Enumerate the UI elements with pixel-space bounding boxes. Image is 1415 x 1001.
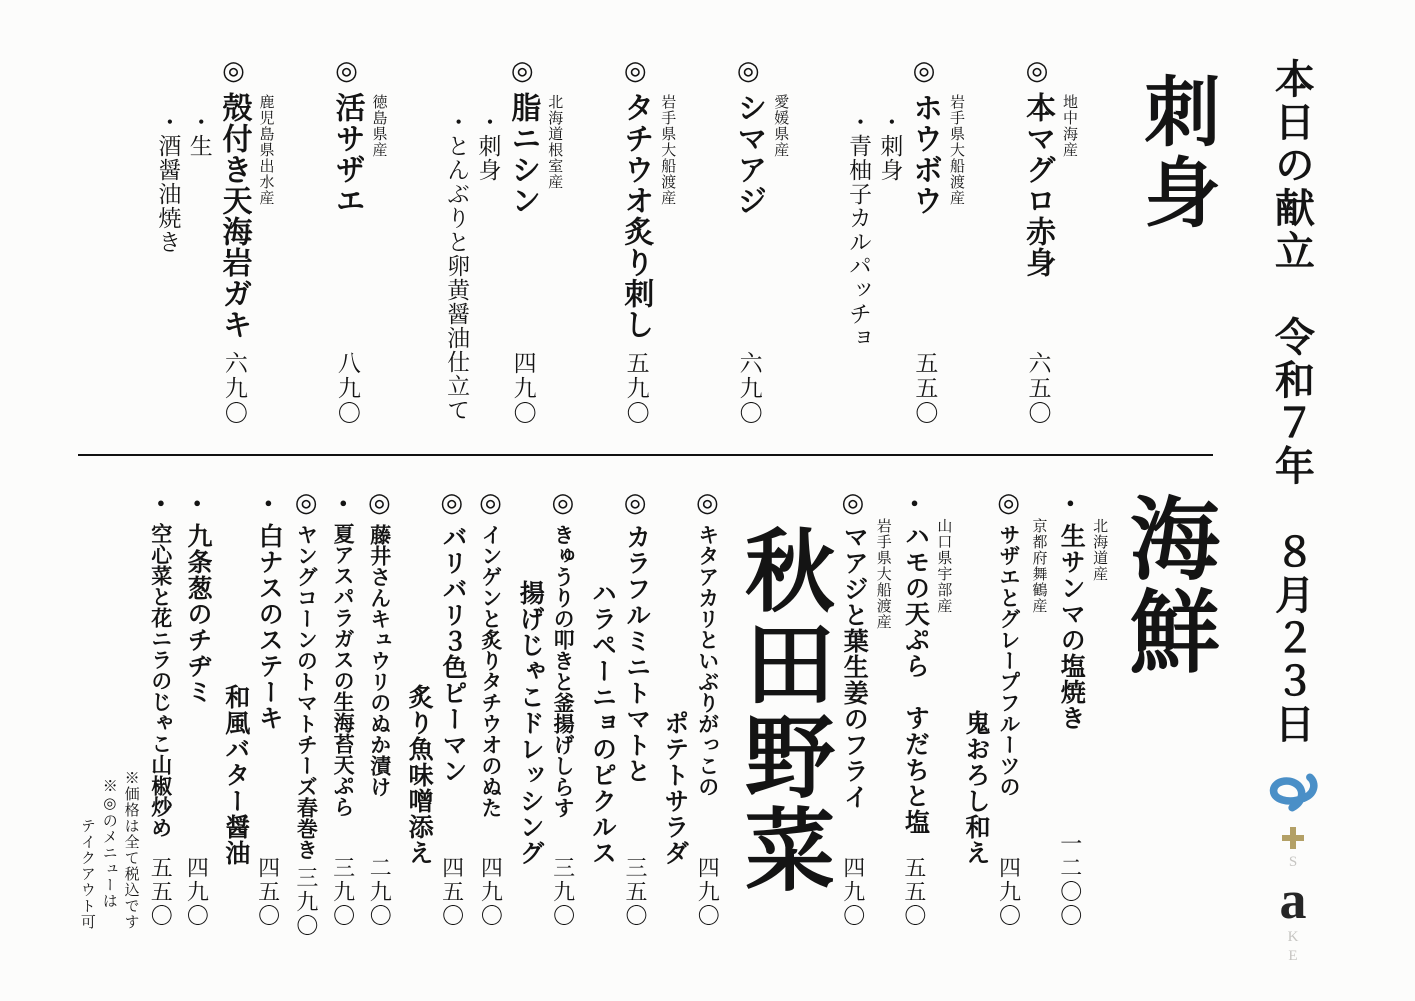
plus-icon	[1282, 827, 1304, 849]
takeout-marker-icon: ◎	[1023, 56, 1051, 86]
menu-item: 徳島県産◎活サザエ八九〇	[331, 56, 386, 428]
note-line: テイクアウト可	[78, 488, 94, 930]
item-price: 五九〇	[623, 351, 647, 428]
item-main: ◎シマアジ六九〇	[733, 56, 765, 428]
item-sub-option: ・刺身	[475, 56, 499, 428]
item-name: 白ナスのステーキ	[255, 523, 282, 731]
item-price: 四五〇	[440, 856, 463, 930]
item-name: カラフルミニトマトと	[622, 524, 649, 784]
item-price: 三九〇	[551, 856, 574, 930]
takeout-marker-icon: ◎	[220, 56, 248, 86]
item-name: 殻付き天海岩ガキ	[218, 92, 250, 340]
item-price: 三五〇	[624, 856, 647, 930]
item-name: バリバリ３色ピーマン	[439, 524, 466, 784]
item-sub-option: ・青柚子カルパッチョ	[846, 56, 870, 428]
item-origin: 北海道根室産	[545, 56, 561, 428]
takeout-marker-icon: ◎	[995, 488, 1023, 518]
item-main: ◎タチウオ炙り刺し五九〇	[620, 56, 652, 428]
item-origin: 地中海産	[1060, 56, 1076, 428]
item-main: ◎殻付き天海岩ガキ六九〇	[218, 56, 250, 428]
takeout-marker-icon: ◎	[622, 488, 650, 518]
item-price: 五五〇	[912, 351, 936, 428]
item-price: 四九〇	[841, 856, 864, 930]
item-price: 六九〇	[221, 351, 245, 428]
item-name: キタアカリといぶりがっこの	[696, 524, 718, 797]
takeout-marker-icon: ◎	[839, 488, 867, 518]
item-main: ◎きゅうりの叩きと釜揚げしらす三九〇	[549, 488, 577, 930]
menu-item: 北海道根室産◎脂ニシン四九〇・刺身・とんぶりと卵黄醤油仕立て	[444, 56, 561, 428]
item-sub-option: ・とんぶりと卵黄醤油仕立て	[444, 56, 468, 428]
menu-item: ●白ナスのステーキ四五〇和風バター醤油	[221, 488, 281, 930]
item-name-line2: 揚げじゃこドレッシング	[516, 488, 543, 930]
item-name: シマアジ	[733, 92, 765, 216]
item-name-line2: ポテトサラダ	[660, 488, 687, 930]
item-name: 脂ニシン	[507, 92, 539, 216]
takeout-marker-icon: ◎	[438, 488, 466, 518]
takeout-marker-icon: ◎	[366, 488, 394, 518]
menu-item: 岩手県大船渡産◎ホウボウ五五〇・刺身・青柚子カルパッチョ	[846, 56, 963, 428]
bullet-marker-icon: ●	[154, 488, 168, 523]
item-main: ◎マアジと葉生姜のフライ四九〇	[839, 488, 867, 930]
item-name: ヤングコーンのトマトチーズ春巻き	[295, 524, 317, 860]
item-name: ホウボウ	[908, 92, 940, 216]
item-price: 一二〇〇	[1058, 832, 1081, 930]
logo-letter: E	[1288, 949, 1297, 964]
item-name-line2: 鬼おろし和え	[962, 488, 989, 930]
item-name: きゅうりの叩きと釜揚げしらす	[552, 524, 574, 818]
menu-item: ◎バリバリ３色ピーマン四五〇炙り魚味噌添え	[405, 488, 466, 930]
item-price: 四九〇	[997, 856, 1020, 930]
item-origin: 鹿児島県出水産	[257, 56, 273, 428]
note-line: ※◎のメニューは	[100, 488, 116, 930]
menu-item: ◎カラフルミニトマトと三五〇ハラペーニョのピクルス	[588, 488, 649, 930]
menu-item: 鹿児島県出水産◎殻付き天海岩ガキ六九〇・生・酒醤油焼き	[155, 56, 272, 428]
item-name: 活サザエ	[331, 92, 363, 216]
item-price: 四九〇	[479, 856, 502, 930]
bullet-marker-icon: ●	[261, 488, 275, 523]
item-origin: 京都府舞鶴産	[1030, 488, 1046, 930]
item-price: 三九〇	[331, 856, 354, 930]
section-header: 刺身	[1134, 56, 1215, 428]
takeout-marker-icon: ◎	[333, 56, 361, 86]
logo-letter: a	[1280, 873, 1307, 927]
item-name: 夏アスパラガスの生海苔天ぷら	[332, 523, 354, 817]
takeout-marker-icon: ◎	[509, 56, 537, 86]
menu-item: ●夏アスパラガスの生海苔天ぷら三九〇	[331, 488, 354, 930]
item-origin: 岩手県大船渡産	[947, 56, 963, 428]
menu-item: 地中海産◎本マグロ赤身六五〇	[1021, 56, 1076, 428]
menu-notes: ※価格は全て税込です※◎のメニューはテイクアウト可	[78, 488, 138, 930]
menu-item: 愛媛県産◎シマアジ六九〇	[733, 56, 788, 428]
item-main: ◎カラフルミニトマトと三五〇	[622, 488, 650, 930]
item-name-line2: ハラペーニョのピクルス	[588, 488, 615, 930]
item-price: 八九〇	[334, 351, 358, 428]
takeout-marker-icon: ◎	[477, 488, 505, 518]
takeout-marker-icon: ◎	[735, 56, 763, 86]
item-main: ●九条葱のチヂミ四九〇	[183, 488, 210, 930]
note-line: ※価格は全て税込です	[122, 488, 138, 930]
item-origin: 愛媛県産	[771, 56, 787, 428]
item-main: ◎インゲンと炙りタチウオのぬた四九〇	[477, 488, 505, 930]
menu-item: ◎キタアカリといぶりがっこの四九〇ポテトサラダ	[660, 488, 721, 930]
menu-page: 本日の献立 令和７年 ８月２３日 刺身地中海産◎本マグロ赤身六五〇岩手県大船渡産…	[0, 0, 1415, 1001]
item-name-line2: 和風バター醤油	[221, 488, 248, 930]
sashimi-section: 刺身地中海産◎本マグロ赤身六五〇岩手県大船渡産◎ホウボウ五五〇・刺身・青柚子カル…	[155, 56, 1215, 428]
item-main: ◎ヤングコーンのトマトチーズ春巻き三九〇	[292, 488, 320, 930]
takeout-marker-icon: ◎	[549, 488, 577, 518]
blue-swirl-icon	[1266, 770, 1320, 820]
item-name: ハモの天ぷら すだちと塩	[901, 523, 928, 835]
item-price: 三九〇	[295, 866, 318, 940]
bullet-marker-icon: ●	[907, 488, 921, 523]
item-price: 四五〇	[256, 856, 279, 930]
item-main: ◎活サザエ八九〇	[331, 56, 363, 428]
item-name: インゲンと炙りタチウオのぬた	[480, 524, 502, 818]
menu-item: 岩手県大船渡産◎タチウオ炙り刺し五九〇	[620, 56, 675, 428]
item-main: ●空心菜と花ニラのじゃこ山椒炒め五五〇	[149, 488, 172, 930]
page-title: 本日の献立 令和７年 ８月２３日	[1270, 58, 1312, 778]
item-origin: 岩手県大船渡産	[874, 488, 890, 930]
bullet-marker-icon: ●	[1063, 488, 1077, 523]
item-sub-option: ・生	[186, 56, 210, 428]
menu-item: 山口県宇部産●ハモの天ぷら すだちと塩五五〇	[901, 488, 950, 930]
item-name: マアジと葉生姜のフライ	[840, 524, 867, 810]
item-name: タチウオ炙り刺し	[620, 92, 652, 340]
item-name-line2: 炙り魚味噌添え	[405, 488, 432, 930]
logo-letter: K	[1288, 930, 1299, 945]
item-main: ◎脂ニシン四九〇	[507, 56, 539, 428]
item-price: 六九〇	[736, 351, 760, 428]
takeout-marker-icon: ◎	[910, 56, 938, 86]
item-name: サザエとグレープフルーツの	[998, 524, 1020, 797]
restaurant-logo: SaKE	[1262, 770, 1324, 966]
item-main: ◎本マグロ赤身六五〇	[1021, 56, 1053, 428]
item-main: ●夏アスパラガスの生海苔天ぷら三九〇	[331, 488, 354, 930]
item-price: 四九〇	[185, 856, 208, 930]
takeout-marker-icon: ◎	[622, 56, 650, 86]
bullet-marker-icon: ●	[190, 488, 204, 523]
menu-item: 京都府舞鶴産◎サザエとグレープフルーツの四九〇鬼おろし和え	[962, 488, 1046, 930]
item-main: ◎サザエとグレープフルーツの四九〇	[995, 488, 1023, 930]
item-price: 六五〇	[1025, 351, 1049, 428]
item-main: ◎藤井さんキュウリのぬか漬け二九〇	[366, 488, 394, 930]
item-name: 生サンマの塩焼き	[1057, 523, 1084, 731]
section-header: 秋田野菜	[733, 488, 828, 930]
bullet-marker-icon: ●	[336, 488, 350, 523]
menu-item: 岩手県大船渡産◎マアジと葉生姜のフライ四九〇	[839, 488, 889, 930]
takeout-marker-icon: ◎	[694, 488, 722, 518]
takeout-marker-icon: ◎	[292, 488, 320, 518]
menu-item: ●九条葱のチヂミ四九〇	[183, 488, 210, 930]
item-main: ◎ホウボウ五五〇	[908, 56, 940, 428]
item-price: 五五〇	[149, 856, 172, 930]
item-price: 四九〇	[696, 856, 719, 930]
section-header: 海鮮	[1117, 488, 1212, 930]
item-main: ●ハモの天ぷら すだちと塩五五〇	[901, 488, 928, 930]
menu-item: ◎きゅうりの叩きと釜揚げしらす三九〇揚げじゃこドレッシング	[516, 488, 577, 930]
item-main: ◎キタアカリといぶりがっこの四九〇	[694, 488, 722, 930]
item-origin: 北海道産	[1090, 488, 1106, 930]
logo-letters: SaKE	[1280, 853, 1307, 966]
item-price: 五五〇	[903, 856, 926, 930]
item-main: ●生サンマの塩焼き一二〇〇	[1057, 488, 1084, 930]
item-origin: 徳島県産	[370, 56, 386, 428]
item-origin: 山口県宇部産	[934, 488, 950, 930]
section-divider	[78, 454, 1213, 456]
item-main: ●白ナスのステーキ四五〇	[255, 488, 282, 930]
menu-item: ◎藤井さんキュウリのぬか漬け二九〇	[366, 488, 394, 930]
item-name: 本マグロ赤身	[1021, 92, 1053, 278]
menu-item: ◎インゲンと炙りタチウオのぬた四九〇	[477, 488, 505, 930]
item-name: 藤井さんキュウリのぬか漬け	[369, 524, 391, 797]
seafood-vegetable-section: 海鮮北海道産●生サンマの塩焼き一二〇〇京都府舞鶴産◎サザエとグレープフルーツの四…	[78, 488, 1213, 930]
menu-item: ●空心菜と花ニラのじゃこ山椒炒め五五〇	[149, 488, 172, 930]
item-sub-option: ・酒醤油焼き	[155, 56, 179, 428]
item-main: ◎バリバリ３色ピーマン四五〇	[438, 488, 466, 930]
item-price: 四九〇	[510, 351, 534, 428]
menu-item: ◎ヤングコーンのトマトチーズ春巻き三九〇	[292, 488, 320, 930]
menu-item: 北海道産●生サンマの塩焼き一二〇〇	[1057, 488, 1106, 930]
item-name: 九条葱のチヂミ	[183, 523, 210, 705]
item-price: 二九〇	[368, 856, 391, 930]
item-sub-option: ・刺身	[877, 56, 901, 428]
item-name: 空心菜と花ニラのじゃこ山椒炒め	[149, 523, 171, 838]
item-origin: 岩手県大船渡産	[658, 56, 674, 428]
logo-letter: S	[1289, 855, 1297, 870]
